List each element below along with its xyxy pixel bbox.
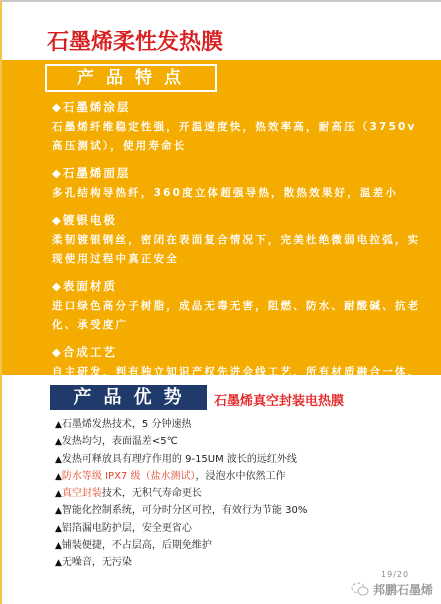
page-title: 石墨烯柔性发热膜 xyxy=(47,30,223,56)
feature-desc: 柔韧镀银钢丝，密闭在表面复合情况下，完美杜绝微弱电拉弧，实现使用过程中真正安全 xyxy=(52,231,422,269)
feature-title: ◆镀银电极 xyxy=(52,211,422,229)
feature-title: ◆表面材质 xyxy=(52,277,422,295)
advantage-highlight: 防水等级 IPX7 级（盐水测试） xyxy=(62,471,196,482)
advantages-subtitle: 石墨烯真空封装电热膜 xyxy=(214,394,344,410)
triangle-bullet-icon: ▲ xyxy=(55,455,62,465)
advantage-item: ▲真空封装技术，无积气寿命更长 xyxy=(55,485,415,502)
advantage-text: 智能化控制系统，可分时分区可控，有效行为节能 30% xyxy=(62,505,307,516)
watermark: 19/20 邦鹏石墨烯 xyxy=(347,570,441,600)
advantage-item: ▲发热均匀，表面温差<5℃ xyxy=(55,433,415,450)
feature-item: ◆石墨烯涂层 石墨烯纤维稳定性强，开温速度快，热效率高，耐高压（3750v高压测… xyxy=(52,98,422,156)
triangle-bullet-icon: ▲ xyxy=(55,541,62,551)
advantage-item: ▲智能化控制系统，可分时分区可控，有效行为节能 30% xyxy=(55,502,415,519)
advantage-text: 铺装便捷，不占层高，后期免维护 xyxy=(62,540,212,551)
features-heading: 产品特点 xyxy=(45,64,217,92)
advantage-text: 石墨烯发热技术，5 分钟速热 xyxy=(62,419,192,430)
advantage-highlight: 真空封装 xyxy=(62,488,102,499)
triangle-bullet-icon: ▲ xyxy=(55,420,62,430)
advantage-item: ▲防水等级 IPX7 级（盐水测试），浸泡水中依然工作 xyxy=(55,468,415,485)
feature-desc: 多孔结构导热纤，360度立体超强导热，散热效果好，温差小 xyxy=(52,184,422,203)
triangle-bullet-icon: ▲ xyxy=(55,558,62,568)
feature-desc: 进口绿色高分子树脂，成品无毒无害，阻燃、防水、耐酸碱、抗老化、承受度广 xyxy=(52,297,422,335)
triangle-bullet-icon: ▲ xyxy=(55,524,62,534)
advantage-text: 铝箔漏电防护层，安全更省心 xyxy=(62,523,192,534)
triangle-bullet-icon: ▲ xyxy=(55,506,62,516)
feature-title: ◆石墨烯面层 xyxy=(52,164,422,182)
triangle-bullet-icon: ▲ xyxy=(55,472,62,482)
advantage-text: 技术，无积气寿命更长 xyxy=(102,488,202,499)
features-list: ◆石墨烯涂层 石墨烯纤维稳定性强，开温速度快，热效率高，耐高压（3750v高压测… xyxy=(52,98,422,409)
page-number: 19/20 xyxy=(381,570,409,579)
wechat-icon xyxy=(351,582,369,599)
advantage-item: ▲发热可释放具有理疗作用的 9-15UM 波长的远红外线 xyxy=(55,451,415,468)
advantage-item: ▲铝箔漏电防护层，安全更省心 xyxy=(55,520,415,537)
advantage-text: 发热可释放具有理疗作用的 9-15UM 波长的远红外线 xyxy=(62,454,297,465)
advantage-text: 发热均匀，表面温差<5℃ xyxy=(62,436,178,447)
triangle-bullet-icon: ▲ xyxy=(55,489,62,499)
feature-item: ◆镀银电极 柔韧镀银钢丝，密闭在表面复合情况下，完美杜绝微弱电拉弧，实现使用过程… xyxy=(52,211,422,269)
watermark-account-name: 邦鹏石墨烯 xyxy=(373,581,433,598)
advantage-text: ，浸泡水中依然工作 xyxy=(195,471,285,482)
feature-item: ◆表面材质 进口绿色高分子树脂，成品无毒无害，阻燃、防水、耐酸碱、抗老化、承受度… xyxy=(52,277,422,335)
advantages-list: ▲石墨烯发热技术，5 分钟速热 ▲发热均匀，表面温差<5℃ ▲发热可释放具有理疗… xyxy=(55,416,415,572)
feature-title: ◆合成工艺 xyxy=(52,343,422,361)
advantage-text: 无噪音，无污染 xyxy=(62,557,132,568)
feature-title: ◆石墨烯涂层 xyxy=(52,98,422,116)
advantage-item: ▲石墨烯发热技术，5 分钟速热 xyxy=(55,416,415,433)
advantage-item: ▲铺装便捷，不占层高，后期免维护 xyxy=(55,537,415,554)
advantages-heading: 产品优势 xyxy=(50,385,207,410)
document-page: 石墨烯柔性发热膜 产品特点 ◆石墨烯涂层 石墨烯纤维稳定性强，开温速度快，热效率… xyxy=(0,0,441,604)
features-section: 产品特点 ◆石墨烯涂层 石墨烯纤维稳定性强，开温速度快，热效率高，耐高压（375… xyxy=(2,60,441,375)
triangle-bullet-icon: ▲ xyxy=(55,437,62,447)
feature-item: ◆石墨烯面层 多孔结构导热纤，360度立体超强导热，散热效果好，温差小 xyxy=(52,164,422,203)
feature-desc: 石墨烯纤维稳定性强，开温速度快，热效率高，耐高压（3750v高压测试），使用寿命… xyxy=(52,118,422,156)
